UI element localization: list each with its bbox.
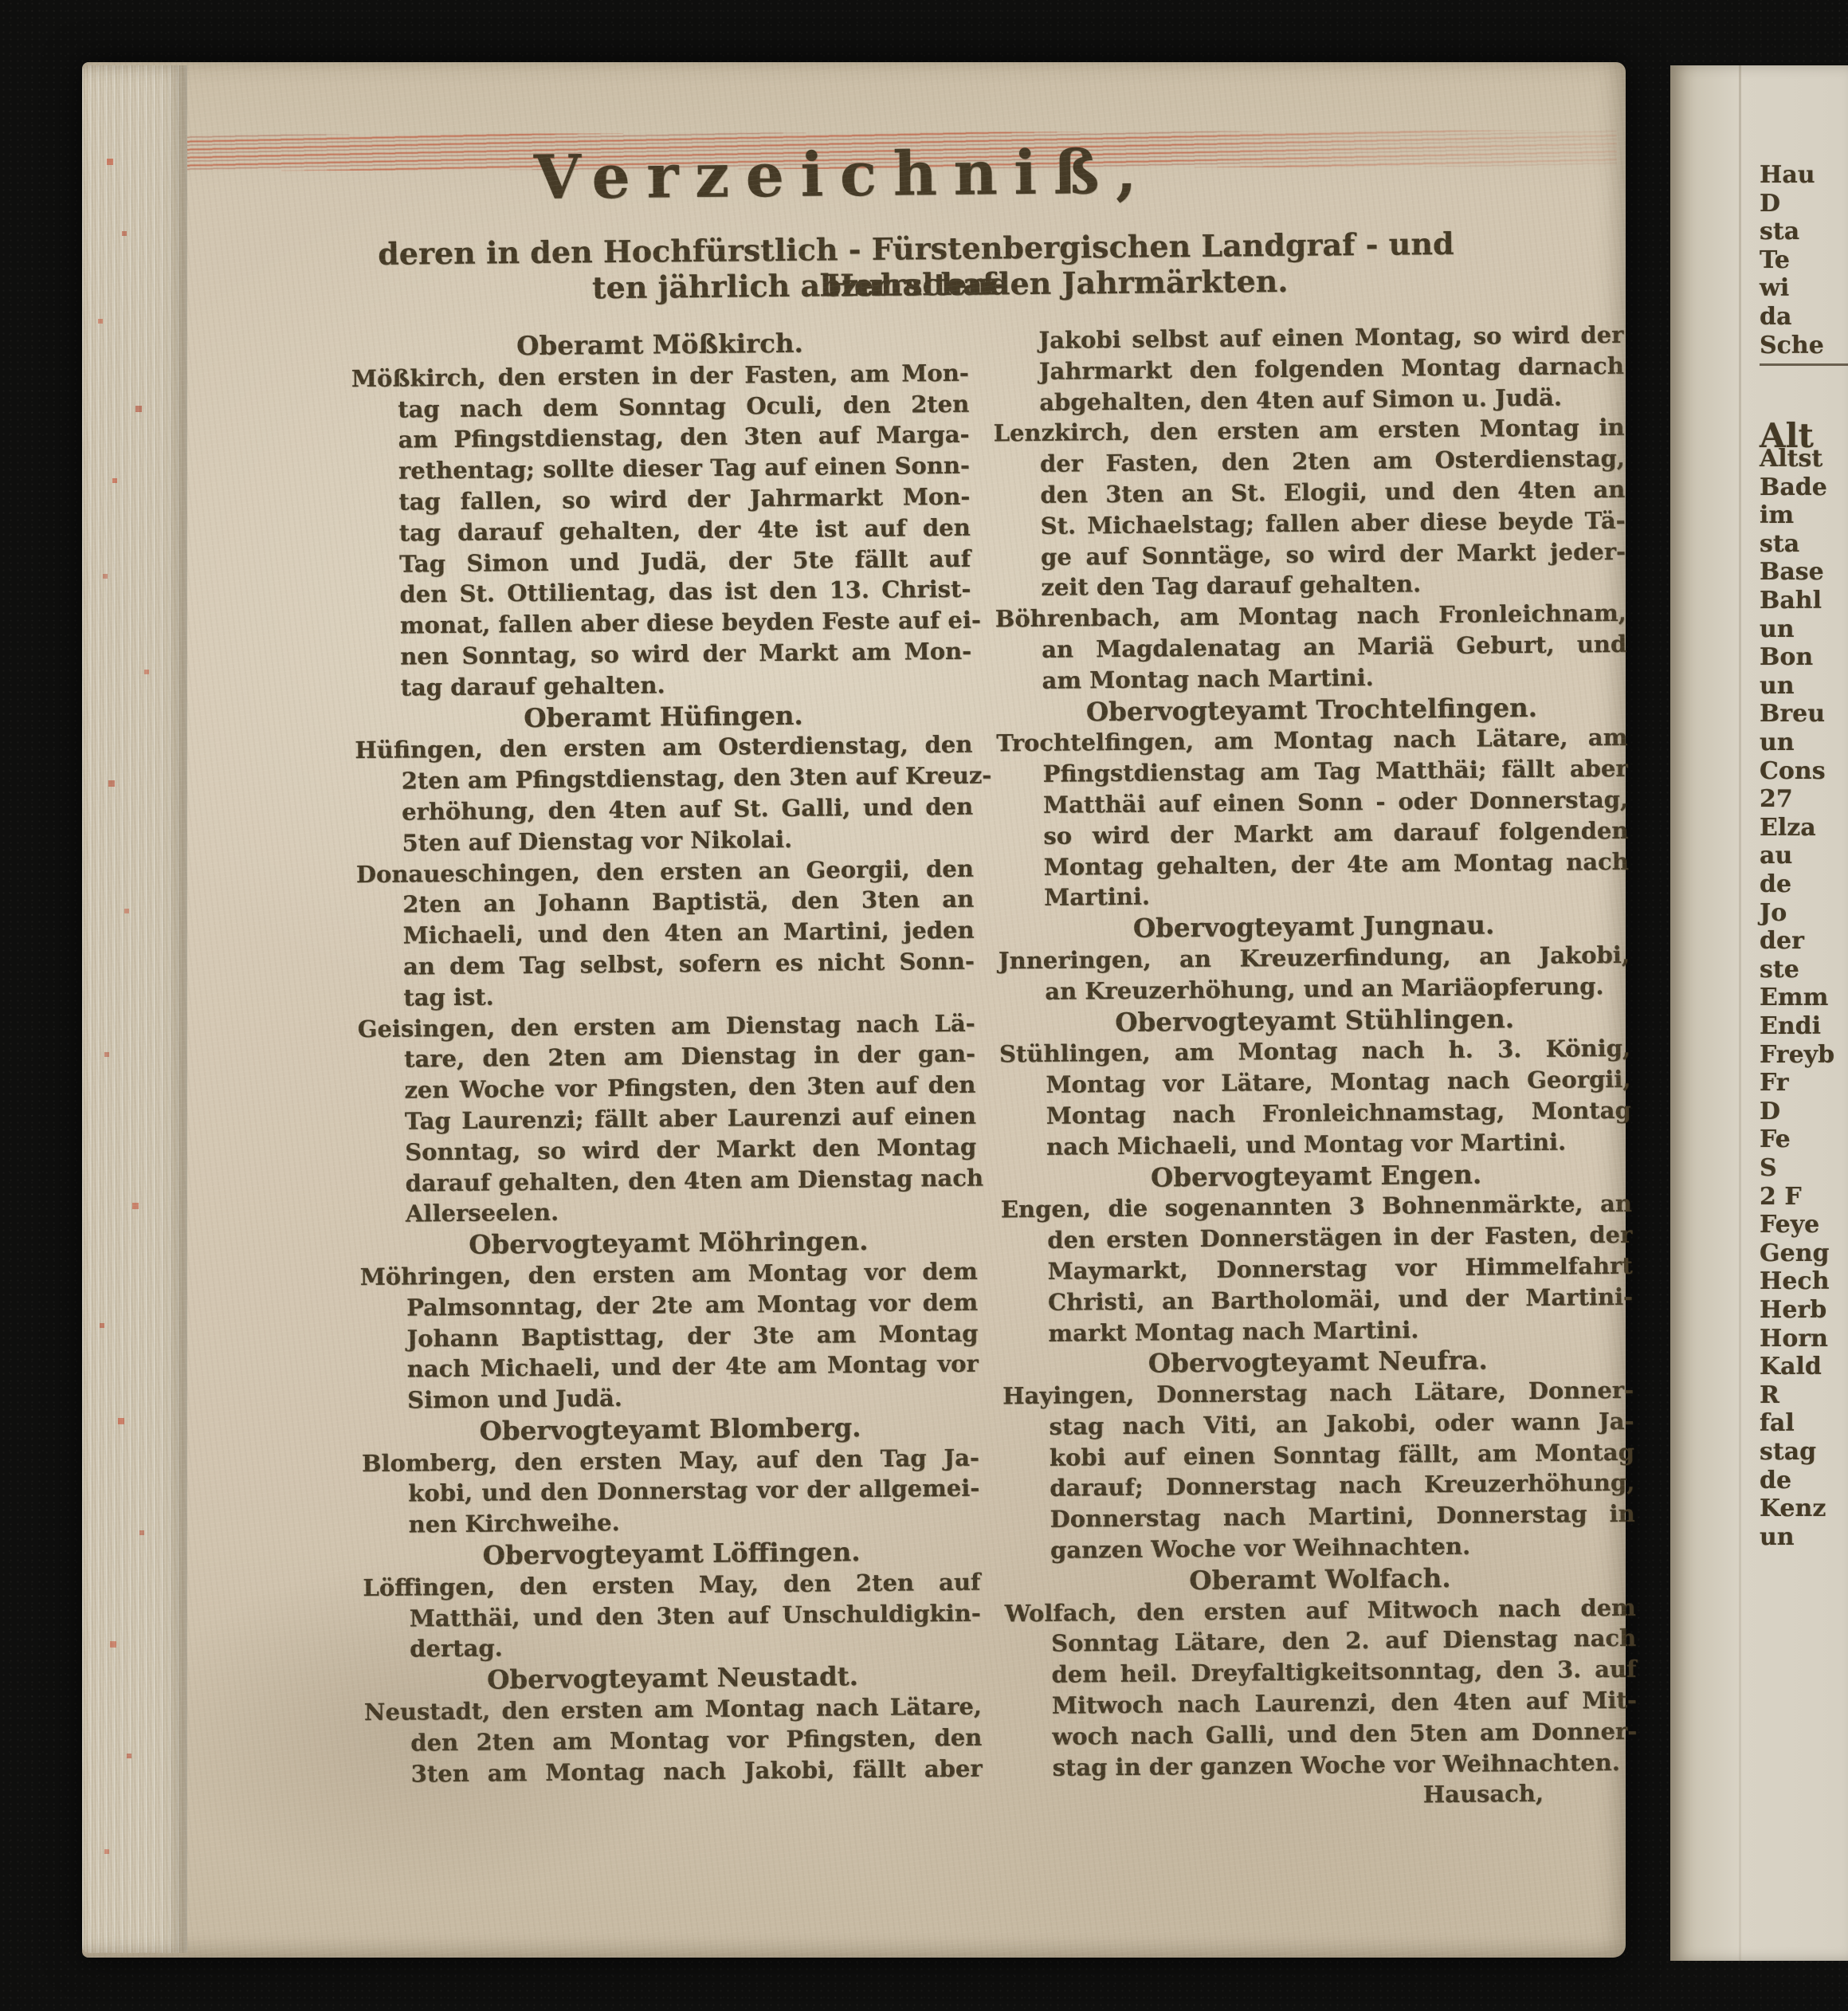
text-line: monat, fallen aber diese beyden Feste au…: [400, 605, 971, 642]
paragraph: Hayingen, Donnerstag nach Lätare, Donner…: [1002, 1375, 1635, 1566]
next-page-text-fragment: fal: [1760, 1409, 1795, 1437]
text-line: so wird der Markt am darauf folgenden: [1043, 815, 1628, 852]
next-page-text-fragment: un: [1760, 1523, 1795, 1551]
book-page-right-sliver: HauDstaTewidaScheAltAltstBadeimstaBaseBa…: [1670, 65, 1848, 1961]
text-line: Maymarkt, Donnerstag vor Himmelfahrt: [1048, 1251, 1633, 1287]
text-line: Palmsonntag, der 2te am Montag vor dem: [406, 1286, 978, 1323]
next-page-text-fragment: Bade: [1760, 473, 1827, 501]
next-page-text-fragment: stag: [1760, 1438, 1816, 1466]
text-line: dertag.: [410, 1628, 981, 1665]
next-page-text-fragment: Kald: [1760, 1353, 1822, 1381]
next-page-text-fragment: Fe: [1760, 1125, 1791, 1153]
text-line: darauf gehalten, den 4ten am Dienstag na…: [405, 1162, 976, 1199]
text-line: an Magdalenatag an Mariä Geburt, und: [1042, 629, 1626, 666]
next-page-text-fragment: Bahl: [1760, 587, 1822, 615]
next-page-text-fragment: Altst: [1760, 445, 1822, 473]
next-page-text-fragment: Sche: [1760, 332, 1848, 366]
text-line: Michaeli, und den 4ten an Martini, jeden: [402, 915, 974, 952]
text-line: St. Michaelstag; fallen aber diese beyde…: [1041, 505, 1626, 542]
text-line: Christi, an Bartholomäi, und der Martini…: [1048, 1281, 1633, 1318]
next-page-text-fragment: R: [1760, 1381, 1779, 1409]
paragraph: Böhrenbach, am Montag nach Fronleichnam,…: [995, 598, 1627, 697]
text-line: Simon und Judä.: [407, 1380, 979, 1416]
next-page-text-fragment: sta: [1760, 530, 1799, 558]
next-page-text-fragment: Fr: [1760, 1069, 1789, 1097]
paragraph: Mößkirch, den ersten in der Fasten, am M…: [351, 358, 972, 704]
next-page-text-fragment: S: [1760, 1154, 1777, 1182]
text-line: Jahrmarkt den folgenden Montag darnach: [1039, 351, 1624, 387]
next-page-text-fragment: Jo: [1760, 899, 1787, 927]
next-page-text-fragment: Freyb: [1760, 1041, 1834, 1069]
next-page-text-fragment: Horn: [1760, 1325, 1828, 1353]
text-line: zen Woche vor Pfingsten, den 3ten auf de…: [404, 1070, 975, 1106]
text-line: stag in der ganzen Woche vor Weihnachten…: [1052, 1746, 1637, 1783]
text-line: Tag Simon und Judä, der 5te fällt auf: [399, 543, 971, 579]
text-line: den St. Ottilientag, das ist den 13. Chr…: [399, 574, 971, 611]
next-page-text-fragment: au: [1760, 842, 1792, 870]
text-line: an dem Tag selbst, sofern es nicht Sonn-: [403, 946, 975, 983]
next-page-text-fragment: D: [1760, 190, 1780, 218]
text-line: den 3ten an St. Elogii, und den 4ten an: [1040, 474, 1625, 511]
text-line: nach Michaeli, und der 4te am Montag vor: [407, 1349, 979, 1385]
paragraph: Stühlingen, am Montag nach h. 3. König,M…: [999, 1033, 1631, 1163]
book-page-left: Verzeichniß, deren in den Hochfürstlich …: [82, 62, 1626, 1958]
next-page-text-fragment: un: [1760, 729, 1795, 756]
right-column: Jakobi selbst auf einen Montag, so wird …: [992, 320, 1638, 1815]
next-page-text-fragment: Elza: [1760, 814, 1816, 842]
next-page-text-fragment: im: [1760, 501, 1794, 529]
paragraph: Jakobi selbst auf einen Montag, so wird …: [992, 320, 1624, 418]
paragraph: Blomberg, den ersten May, auf den Tag Ja…: [362, 1442, 980, 1541]
text-line: Sonntag, so wird der Markt den Montag: [405, 1131, 976, 1168]
next-page-text-fragment: da: [1760, 303, 1791, 331]
next-page-text-fragment: sta: [1760, 218, 1799, 245]
catchword: Hausach,: [1006, 1777, 1638, 1814]
text-line: 3ten am Montag nach Jakobi, fällt aber: [411, 1753, 983, 1789]
next-page-text-fragment: Kenz: [1760, 1495, 1826, 1522]
paragraph: Jnneringen, an Kreuzerfindung, an Jakobi…: [999, 940, 1630, 1007]
next-page-text-fragment: D: [1760, 1098, 1780, 1125]
text-line: erhöhung, den 4ten auf St. Galli, und de…: [402, 791, 973, 828]
next-page-text-fragment: Breu: [1760, 700, 1825, 728]
text-line: Mößkirch, den ersten in der Fasten, am M…: [351, 358, 969, 395]
text-line: nen Sonntag, so wird der Markt am Mon-: [400, 636, 971, 673]
next-page-text-fragment: 2 F: [1760, 1183, 1802, 1211]
next-page-text-fragment: Herb: [1760, 1296, 1826, 1324]
next-page-text-fragment: Endi: [1760, 1012, 1821, 1040]
paragraph: Lenzkirch, den ersten am ersten Montag i…: [993, 412, 1626, 603]
paragraph: Trochtelfingen, am Montag nach Lätare, a…: [996, 722, 1629, 913]
text-line: Matthäi, und den 3ten auf Unschuldigkin-: [410, 1597, 981, 1634]
text-line: Tag Laurenzi; fällt aber Laurenzi auf ei…: [405, 1101, 976, 1137]
text-line: Jakobi selbst auf einen Montag, so wird …: [1038, 320, 1623, 356]
next-page-text-fragment: Base: [1760, 558, 1824, 586]
next-page-text-fragment: Bon: [1760, 643, 1813, 671]
text-line: Montag nach Fronleichnamstag, Montag: [1046, 1095, 1631, 1132]
next-page-text-fragment: Hau: [1760, 161, 1815, 189]
text-line: 2ten am Pfingstdienstag, den 3ten auf Kr…: [402, 760, 973, 797]
next-page-text-fragment: Hech: [1760, 1267, 1830, 1295]
next-page-text-fragment: Geng: [1760, 1239, 1830, 1267]
left-column: Oberamt Mößkirch.Mößkirch, den ersten in…: [351, 326, 983, 1821]
text-line: 2ten an Johann Baptistä, den 3ten an: [402, 884, 974, 921]
next-page-text-fragment: Emm: [1760, 984, 1828, 1011]
red-edge-speckles: [82, 65, 84, 67]
paragraph: Engen, die sogenannten 3 Bohnenmärkte, a…: [1001, 1188, 1634, 1349]
text-line: Matthäi auf einen Sonn - oder Donnerstag…: [1043, 784, 1628, 821]
text-line: Donnerstag nach Martini, Donnerstag in: [1050, 1498, 1634, 1535]
paragraph: Wolfach, den ersten auf Mitwoch nach dem…: [1005, 1592, 1638, 1783]
text-columns: Oberamt Mößkirch.Mößkirch, den ersten in…: [351, 320, 1638, 1821]
scan-background: Verzeichniß, deren in den Hochfürstlich …: [0, 0, 1848, 2011]
text-line: woch nach Galli, und den 5ten am Donner-: [1052, 1716, 1637, 1753]
text-line: tag darauf gehalten, der 4te ist auf den: [399, 513, 971, 549]
page-title: Verzeichniß,: [365, 134, 1322, 214]
text-line: stag nach Viti, an Jakobi, oder wann Ja-: [1049, 1406, 1634, 1443]
text-line: nach Michaeli, und Montag vor Martini.: [1046, 1126, 1631, 1163]
next-page-text-fragment: Te: [1760, 246, 1790, 274]
paragraph: Geisingen, den ersten am Dienstag nach L…: [358, 1007, 978, 1230]
next-page-text-fragment: wi: [1760, 274, 1789, 302]
text-line: 5ten auf Dienstag vor Nikolai.: [402, 822, 973, 858]
next-page-text-fragment: Feye: [1760, 1211, 1819, 1239]
text-line: kobi, und den Donnerstag vor der allgeme…: [408, 1473, 979, 1510]
paragraph: Neustadt, den ersten am Montag nach Läta…: [364, 1691, 983, 1790]
next-page-text-fragment: der: [1760, 927, 1804, 955]
next-page-text-fragment: de: [1760, 870, 1791, 898]
text-line: ge auf Sonntäge, so wird der Markt jeder…: [1041, 536, 1626, 572]
next-page-text-fragment: un: [1760, 672, 1795, 700]
text-line: Mitwoch nach Laurenzi, den 4ten auf Mit-: [1052, 1685, 1637, 1722]
text-line: tag fallen, so wird der Jahrmarkt Mon-: [398, 481, 970, 518]
paragraph: Löffingen, den ersten May, den 2ten aufM…: [363, 1567, 981, 1666]
next-page-text-fragment: un: [1760, 615, 1795, 643]
next-page-text-fragment: de: [1760, 1467, 1791, 1495]
next-page-text-fragment: Cons: [1760, 757, 1826, 785]
printed-page-content: Verzeichniß, deren in den Hochfürstlich …: [80, 55, 1642, 1965]
paragraph: Möhringen, den ersten am Montag vor demP…: [360, 1256, 979, 1416]
next-page-text-fragment: 27: [1760, 785, 1793, 813]
text-line: den 2ten am Montag vor Pfingsten, den: [410, 1722, 982, 1759]
next-page-text-fragment: ste: [1760, 956, 1799, 984]
paragraph: Hüfingen, den ersten am Osterdienstag, d…: [355, 729, 973, 859]
text-line: an Kreuzerhöhung, und an Mariäopferung.: [1045, 971, 1630, 1007]
paragraph: Donaueschingen, den ersten an Georgii, d…: [356, 853, 975, 1013]
text-line: Montag gehalten, der 4te am Montag nach: [1044, 846, 1629, 882]
